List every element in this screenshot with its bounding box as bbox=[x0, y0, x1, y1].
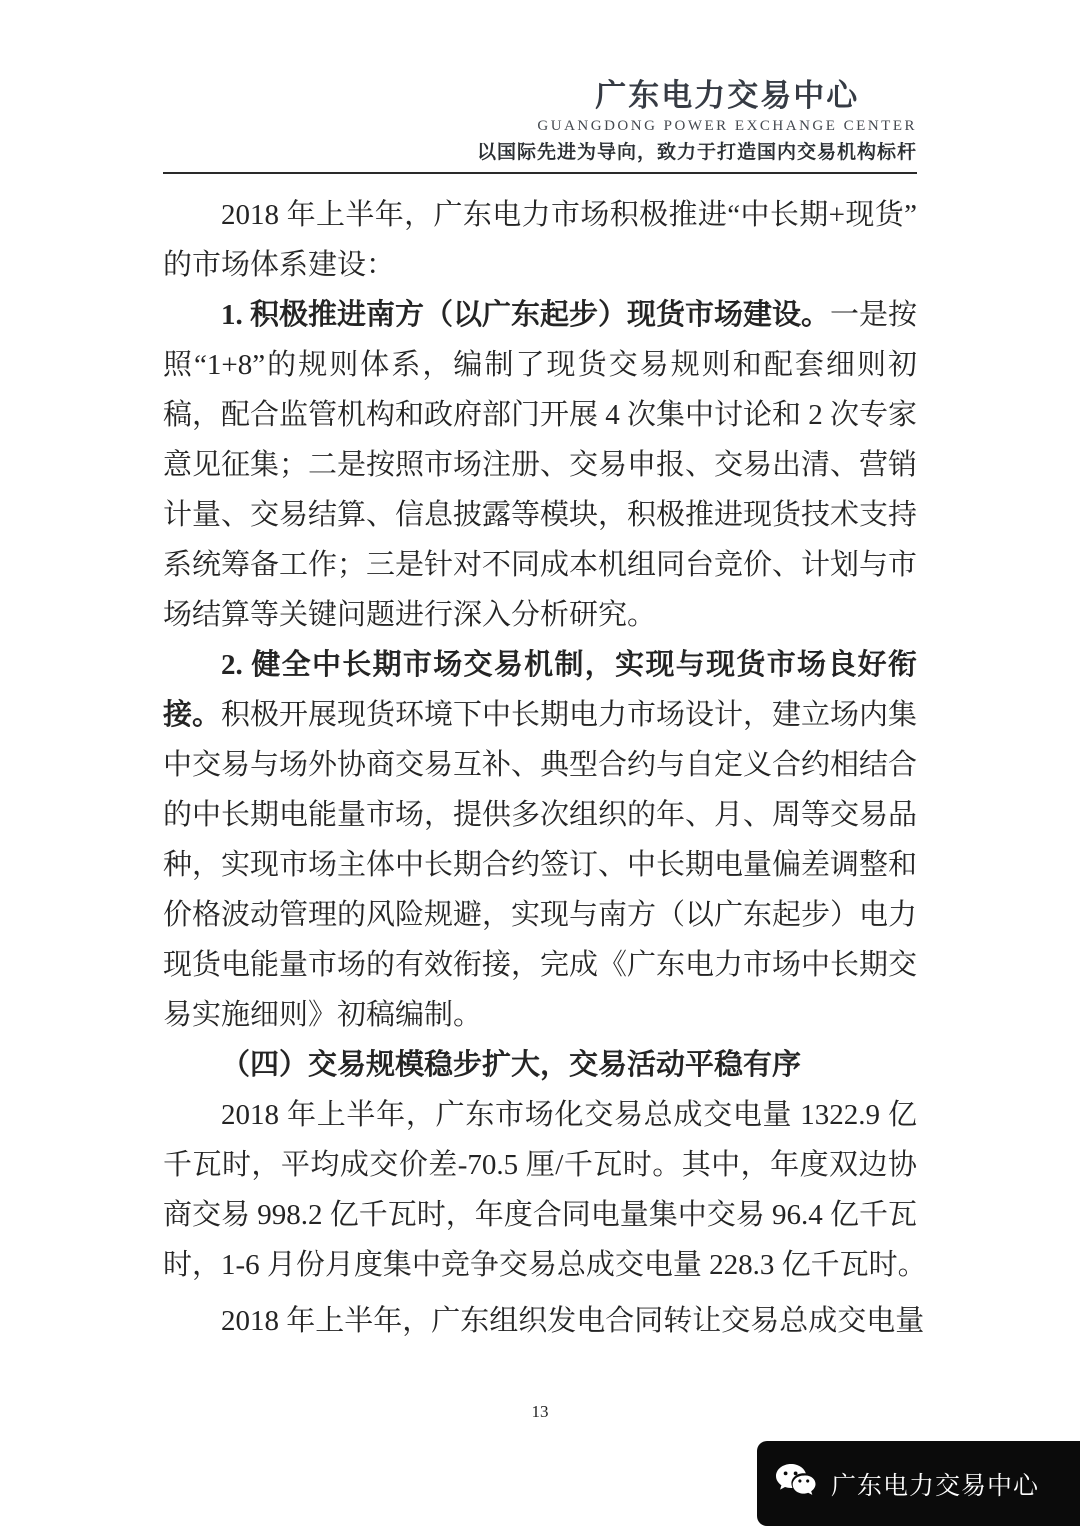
body-line: 现货电能量市场的有效衔接，完成《广东电力市场中长期交 bbox=[163, 940, 917, 990]
page-header: 广东电力交易中心 GUANGDONG POWER EXCHANGE CENTER… bbox=[163, 78, 917, 174]
document-body: 2018 年上半年，广东电力市场积极推进“中长期+现货” 的市场体系建设： 1.… bbox=[163, 190, 917, 1346]
page-number: 13 bbox=[0, 1402, 1080, 1422]
brand-block: 广东电力交易中心 GUANGDONG POWER EXCHANGE CENTER bbox=[537, 78, 917, 136]
body-line: 系统筹备工作；三是针对不同成本机组同台竞价、计划与市 bbox=[163, 540, 917, 590]
body-line: 种，实现市场主体中长期合约签订、中长期电量偏差调整和 bbox=[163, 840, 917, 890]
body-line: 稿，配合监管机构和政府部门开展 4 次集中讨论和 2 次专家 bbox=[163, 390, 917, 440]
body-line: 2. 健全中长期市场交易机制，实现与现货市场良好衔 bbox=[163, 640, 917, 690]
body-line: 千瓦时，平均成交价差-70.5 厘/千瓦时。其中，年度双边协 bbox=[163, 1140, 917, 1190]
body-line: 易实施细则》初稿编制。 bbox=[163, 990, 917, 1040]
body-line: 的市场体系建设： bbox=[163, 240, 917, 290]
body-line: 1. 积极推进南方（以广东起步）现货市场建设。一是按 bbox=[163, 290, 917, 340]
wechat-icon bbox=[773, 1461, 821, 1506]
body-line: 计量、交易结算、信息披露等模块，积极推进现货技术支持 bbox=[163, 490, 917, 540]
header-rule bbox=[163, 172, 917, 174]
body-line: 2018 年上半年，广东组织发电合同转让交易总成交电量 bbox=[163, 1296, 917, 1346]
header-tagline: 以国际先进为导向，致力于打造国内交易机构标杆 bbox=[163, 140, 917, 166]
body-line: 时，1-6 月份月度集中竞争交易总成交电量 228.3 亿千瓦时。 bbox=[163, 1240, 917, 1290]
footer-brand-label: 广东电力交易中心 bbox=[831, 1466, 1039, 1502]
footer-brand-bar: 广东电力交易中心 bbox=[757, 1441, 1080, 1526]
body-line: 2018 年上半年，广东市场化交易总成交电量 1322.9 亿 bbox=[163, 1090, 917, 1140]
document-page: 广东电力交易中心 GUANGDONG POWER EXCHANGE CENTER… bbox=[0, 0, 1080, 1526]
body-line: 中交易与场外协商交易互补、典型合约与自定义合约相结合 bbox=[163, 740, 917, 790]
body-section-heading: （四）交易规模稳步扩大，交易活动平稳有序 bbox=[163, 1040, 917, 1090]
body-line: 意见征集；二是按照市场注册、交易申报、交易出清、营销 bbox=[163, 440, 917, 490]
brand-title-cn: 广东电力交易中心 bbox=[537, 78, 917, 114]
body-line: 价格波动管理的风险规避，实现与南方（以广东起步）电力 bbox=[163, 890, 917, 940]
body-line: 照“1+8”的规则体系，编制了现货交易规则和配套细则初 bbox=[163, 340, 917, 390]
body-line: 2018 年上半年，广东电力市场积极推进“中长期+现货” bbox=[163, 190, 917, 240]
body-line: 的中长期电能量市场，提供多次组织的年、月、周等交易品 bbox=[163, 790, 917, 840]
body-line: 接。积极开展现货环境下中长期电力市场设计，建立场内集 bbox=[163, 690, 917, 740]
body-line: 场结算等关键问题进行深入分析研究。 bbox=[163, 590, 917, 640]
body-line: 商交易 998.2 亿千瓦时，年度合同电量集中交易 96.4 亿千瓦 bbox=[163, 1190, 917, 1240]
brand-title-en: GUANGDONG POWER EXCHANGE CENTER bbox=[537, 116, 917, 136]
